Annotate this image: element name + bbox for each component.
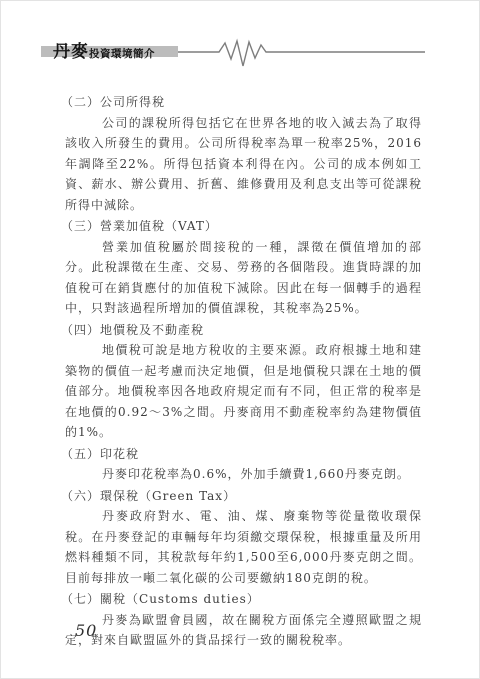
section-label: （二） [61, 95, 100, 109]
section-label: （六） [61, 489, 100, 503]
section-heading: （七）關稅（Customs duties） [61, 589, 422, 610]
section-title: 印花稅 [100, 447, 139, 461]
section-heading: （六）環保稅（Green Tax） [61, 486, 422, 507]
section-paragraph: 丹麥印花稅率為0.6%，外加手續費1,660丹麥克朗。 [65, 464, 422, 485]
section-green-tax: （六）環保稅（Green Tax） 丹麥政府對水、電、油、煤、廢棄物等從量徵收環… [1, 486, 480, 589]
section-title: 關稅（Customs duties） [100, 592, 260, 606]
section-label: （四） [61, 323, 100, 337]
section-title: 公司所得稅 [100, 95, 165, 109]
section-paragraph: 營業加值稅屬於間接稅的一種，課徵在價值增加的部分。此稅課徵在生產、交易、勞務的各… [65, 237, 422, 319]
section-vat: （三）營業加值稅（VAT） 營業加值稅屬於間接稅的一種，課徵在價值增加的部分。此… [1, 216, 480, 319]
section-customs-duties: （七）關稅（Customs duties） 丹麥為歐盟會員國，故在關稅方面係完全… [1, 589, 480, 651]
section-label: （七） [61, 592, 100, 606]
heartbeat-rule-icon [177, 38, 427, 68]
section-land-property-tax: （四）地價稅及不動產稅 地價稅可說是地方稅收的主要來源。政府根據土地和建築物的價… [1, 320, 480, 443]
section-label: （三） [61, 219, 100, 233]
section-heading: （三）營業加值稅（VAT） [61, 216, 422, 237]
header-title-main: 丹麥 [53, 42, 89, 62]
section-heading: （二）公司所得稅 [61, 92, 422, 113]
page-number: 50 [75, 621, 97, 640]
section-heading: （五）印花稅 [61, 444, 422, 465]
page-header-title: 丹麥投資環境簡介 [53, 37, 155, 62]
section-paragraph: 丹麥為歐盟會員國，故在關稅方面係完全遵照歐盟之規定，對來自歐盟區外的貨品採行一致… [65, 610, 422, 651]
header-title-sub: 投資環境簡介 [89, 48, 155, 60]
section-title: 營業加值稅（VAT） [100, 219, 218, 233]
section-paragraph: 地價稅可說是地方稅收的主要來源。政府根據土地和建築物的價值一起考慮而決定地價，但… [65, 340, 422, 443]
section-corporate-income-tax: （二）公司所得稅 公司的課稅所得包括它在世界各地的收入減去為了取得該收入所發生的… [1, 92, 480, 215]
page-header: 丹麥投資環境簡介 [1, 1, 480, 71]
section-label: （五） [61, 447, 100, 461]
section-paragraph: 丹麥政府對水、電、油、煤、廢棄物等從量徵收環保稅。在丹麥登記的車輛每年均須繳交環… [65, 506, 422, 588]
document-page: 丹麥投資環境簡介 （二）公司所得稅 公司的課稅所得包括它在世界各地的收入減去為了… [0, 0, 480, 679]
section-paragraph: 公司的課稅所得包括它在世界各地的收入減去為了取得該收入所發生的費用。公司所得稅率… [65, 113, 422, 216]
section-heading: （四）地價稅及不動產稅 [61, 320, 422, 341]
document-body: （二）公司所得稅 公司的課稅所得包括它在世界各地的收入減去為了取得該收入所發生的… [1, 71, 480, 652]
section-title: 環保稅（Green Tax） [100, 489, 236, 503]
section-stamp-tax: （五）印花稅 丹麥印花稅率為0.6%，外加手續費1,660丹麥克朗。 [1, 444, 480, 485]
section-title: 地價稅及不動產稅 [100, 323, 204, 337]
